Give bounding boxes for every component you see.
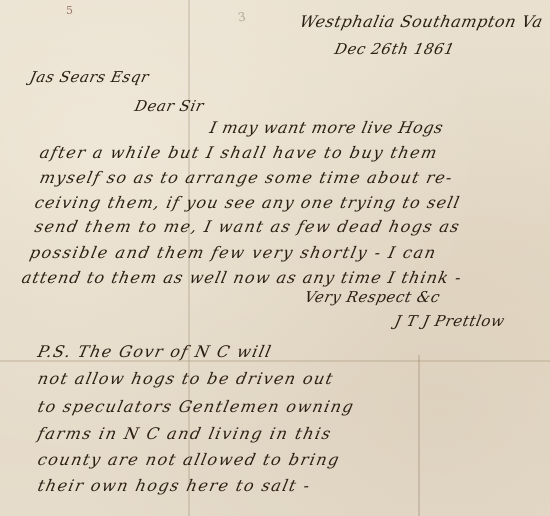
postscript-line: their own hogs here to salt - (36, 476, 313, 495)
body-line: send them to me, I want as few dead hogs… (33, 217, 462, 236)
body-line: attend to them as well now as any time I… (20, 268, 464, 287)
postscript-line: to speculators Gentlemen owning (36, 397, 356, 416)
postscript-line: not allow hogs to be driven out (36, 369, 336, 388)
signature: J T J Prettlow (393, 312, 506, 330)
body-line: after a while but I shall have to buy th… (38, 143, 440, 162)
salutation: Dear Sir (133, 97, 206, 115)
body-line: myself so as to arrange some time about … (38, 168, 455, 187)
body-line: possible and them few very shortly - I c… (28, 243, 439, 262)
postscript-line: farms in N C and living in this (36, 424, 334, 443)
pencil-note: 3 (237, 9, 247, 24)
body-line: I may want more live Hogs (208, 118, 445, 137)
addressee: Jas Sears Esqr (28, 68, 151, 86)
body-line: ceiving them, if you see any one trying … (33, 193, 462, 212)
closing: Very Respect &c (303, 288, 442, 306)
place-heading: Westphalia Southampton Va (298, 12, 545, 31)
corner-mark: 5 (66, 4, 73, 17)
letter-page: 5 3 Westphalia Southampton Va Dec 26th 1… (0, 0, 550, 516)
postscript-line: P.S. The Govr of N C will (36, 342, 274, 361)
postscript-line: county are not allowed to bring (36, 450, 342, 469)
date-heading: Dec 26th 1861 (333, 40, 456, 58)
fold-crease-vertical-lower (418, 355, 420, 516)
